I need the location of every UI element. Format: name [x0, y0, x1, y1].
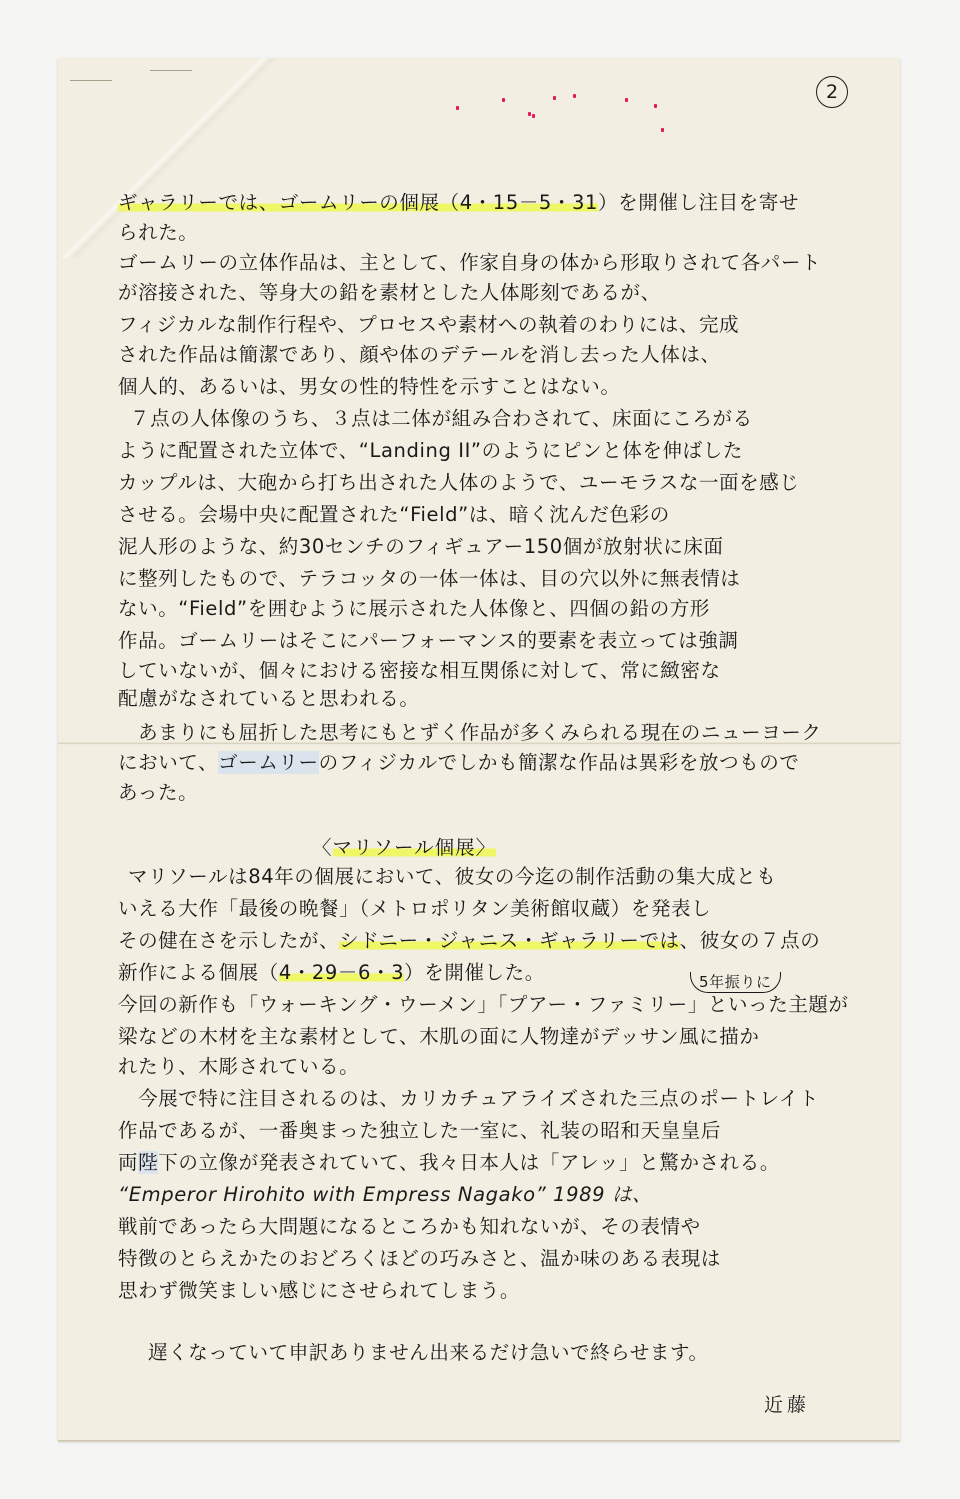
text-segment: において、 [118, 751, 218, 774]
highlighted-text: ギャラリーでは、ゴームリーの個展（4・15－5・31 [118, 191, 598, 214]
text-line: 作品であるが、一番奥まった独立した一室に、礼装の昭和天皇皇后 [118, 1116, 721, 1146]
heading-bracket-close: 〉 [476, 836, 497, 859]
text-line: いえる大作「最後の晩餐」（メトロポリタン美術館収蔵）を発表し [118, 894, 711, 924]
text-line: “Emperor Hirohito with Empress Nagako” 1… [118, 1180, 652, 1210]
text-line: させる。会場中央に配置された“Field”は、暗く沈んだ色彩の [118, 500, 670, 530]
blue-highlighted-text: ゴームリー [218, 751, 319, 774]
text-line: 両陛下の立像が発表されていて、我々日本人は「アレッ」と驚かされる。 [118, 1148, 780, 1178]
text-segment: ）を開催し注目を寄せ [598, 191, 799, 214]
text-line: された作品は簡潔であり、顔や体のデテールを消し去った人体は、 [118, 340, 721, 370]
page-number-badge: 2 [816, 76, 848, 108]
text-line: に整列したもので、テラコッタの一体一体は、目の穴以外に無表情は [118, 564, 740, 594]
section-heading: 〈マリソール個展〉 [312, 832, 496, 860]
text-segment: その健在さを示したが、 [118, 929, 339, 952]
text-line: 今展で特に注目されるのは、カリカチュアライズされた三点のポートレイト [118, 1084, 819, 1114]
staple-mark [150, 70, 192, 71]
text-line: ように配置された立体で、“Landing II”のようにピンと体を伸ばした [118, 436, 743, 466]
letter-page: 2 ギャラリーでは、ゴームリーの個展（4・15－5・31）を開催し注目を寄せ ら… [58, 58, 900, 1441]
text-line: において、ゴームリーのフィジカルでしかも簡潔な作品は異彩を放つもので [118, 748, 799, 778]
text-segment: 、彼女の７点の [680, 929, 821, 952]
heading-bracket-open: 〈 [312, 836, 333, 859]
text-line: 泥人形のような、約30センチのフィギュアー150個が放射状に床面 [118, 532, 724, 562]
highlighted-text: シドニー・ジャニス・ギャラリーでは [339, 929, 680, 952]
text-line: ゴームリーの立体作品は、主として、作家自身の体から形取りされて各パート [118, 248, 821, 278]
text-line: あまりにも屈折した思考にもとずく作品が多くみられる現在のニューヨーク [118, 718, 822, 748]
text-line: られた。 [118, 218, 198, 248]
staple-mark [70, 80, 112, 81]
text-line: 作品。ゴームリーはそこにパーフォーマンス的要素を表立っては強調 [118, 626, 739, 656]
text-segment: 両 [118, 1151, 138, 1174]
text-line: 個人的、あるいは、男女の性的特性を示すことはない。 [118, 372, 621, 402]
heading-highlighted-text: マリソール個展 [333, 836, 476, 859]
text-line: マリソールは84年の個展において、彼女の今迄の制作活動の集大成とも [128, 862, 776, 892]
text-line: 思わず微笑ましい感じにさせられてしまう。 [118, 1276, 520, 1306]
text-line: 今回の新作も「ウォーキング・ウーメン」「プアー・ファミリー」といった主題が [118, 990, 849, 1020]
text-segment: ）を開催した。 [404, 961, 545, 984]
text-line: 配慮がなされていると思われる。 [118, 684, 420, 714]
text-line: が溶接された、等身大の鉛を素材とした人体彫刻であるが、 [118, 278, 661, 308]
text-line: していないが、個々における密接な相互関係に対して、常に緻密な [118, 656, 721, 686]
text-line: その健在さを示したが、シドニー・ジャニス・ギャラリーでは、彼女の７点の [118, 926, 820, 956]
text-line: 戦前であったら大問題になるところかも知れないが、その表情や [118, 1212, 701, 1242]
text-line: 梁などの木材を主な素材として、木肌の面に人物達がデッサン風に描か [118, 1022, 759, 1052]
signature: 近藤 [764, 1390, 810, 1417]
highlighted-text: 4・29－6・3 [279, 961, 404, 984]
text-line: ない。“Field”を囲むように展示された人体像と、四個の鉛の方形 [118, 594, 710, 624]
red-ink-marks [448, 76, 688, 136]
text-line: カップルは、大砲から打ち出された人体のようで、ユーモラスな一面を感じ [118, 468, 799, 498]
text-segment: のフィジカルでしかも簡潔な作品は異彩を放つもので [319, 751, 800, 774]
closing-line: 遅くなっていて申訳ありません出来るだけ急いで終らせます。 [148, 1338, 709, 1368]
text-line: あった。 [118, 778, 198, 808]
blue-highlighted-text: 陛 [138, 1151, 158, 1174]
text-segment: 新作による個展（ [118, 961, 279, 984]
text-line: れたり、木彫されている。 [118, 1052, 359, 1082]
text-line: 新作による個展（4・29－6・3）を開催した。 [118, 958, 545, 988]
text-line: フィジカルな制作行程や、プロセスや素材への執着のわりには、完成 [118, 310, 739, 340]
text-segment: 下の立像が発表されていて、我々日本人は「アレッ」と驚かされる。 [158, 1151, 780, 1174]
text-line: 特徴のとらえかたのおどろくほどの巧みさと、温か味のある表現は [118, 1244, 721, 1274]
text-line: ７点の人体像のうち、３点は二体が組み合わされて、床面にころがる [130, 404, 753, 434]
text-line: ギャラリーでは、ゴームリーの個展（4・15－5・31）を開催し注目を寄せ [118, 188, 799, 218]
